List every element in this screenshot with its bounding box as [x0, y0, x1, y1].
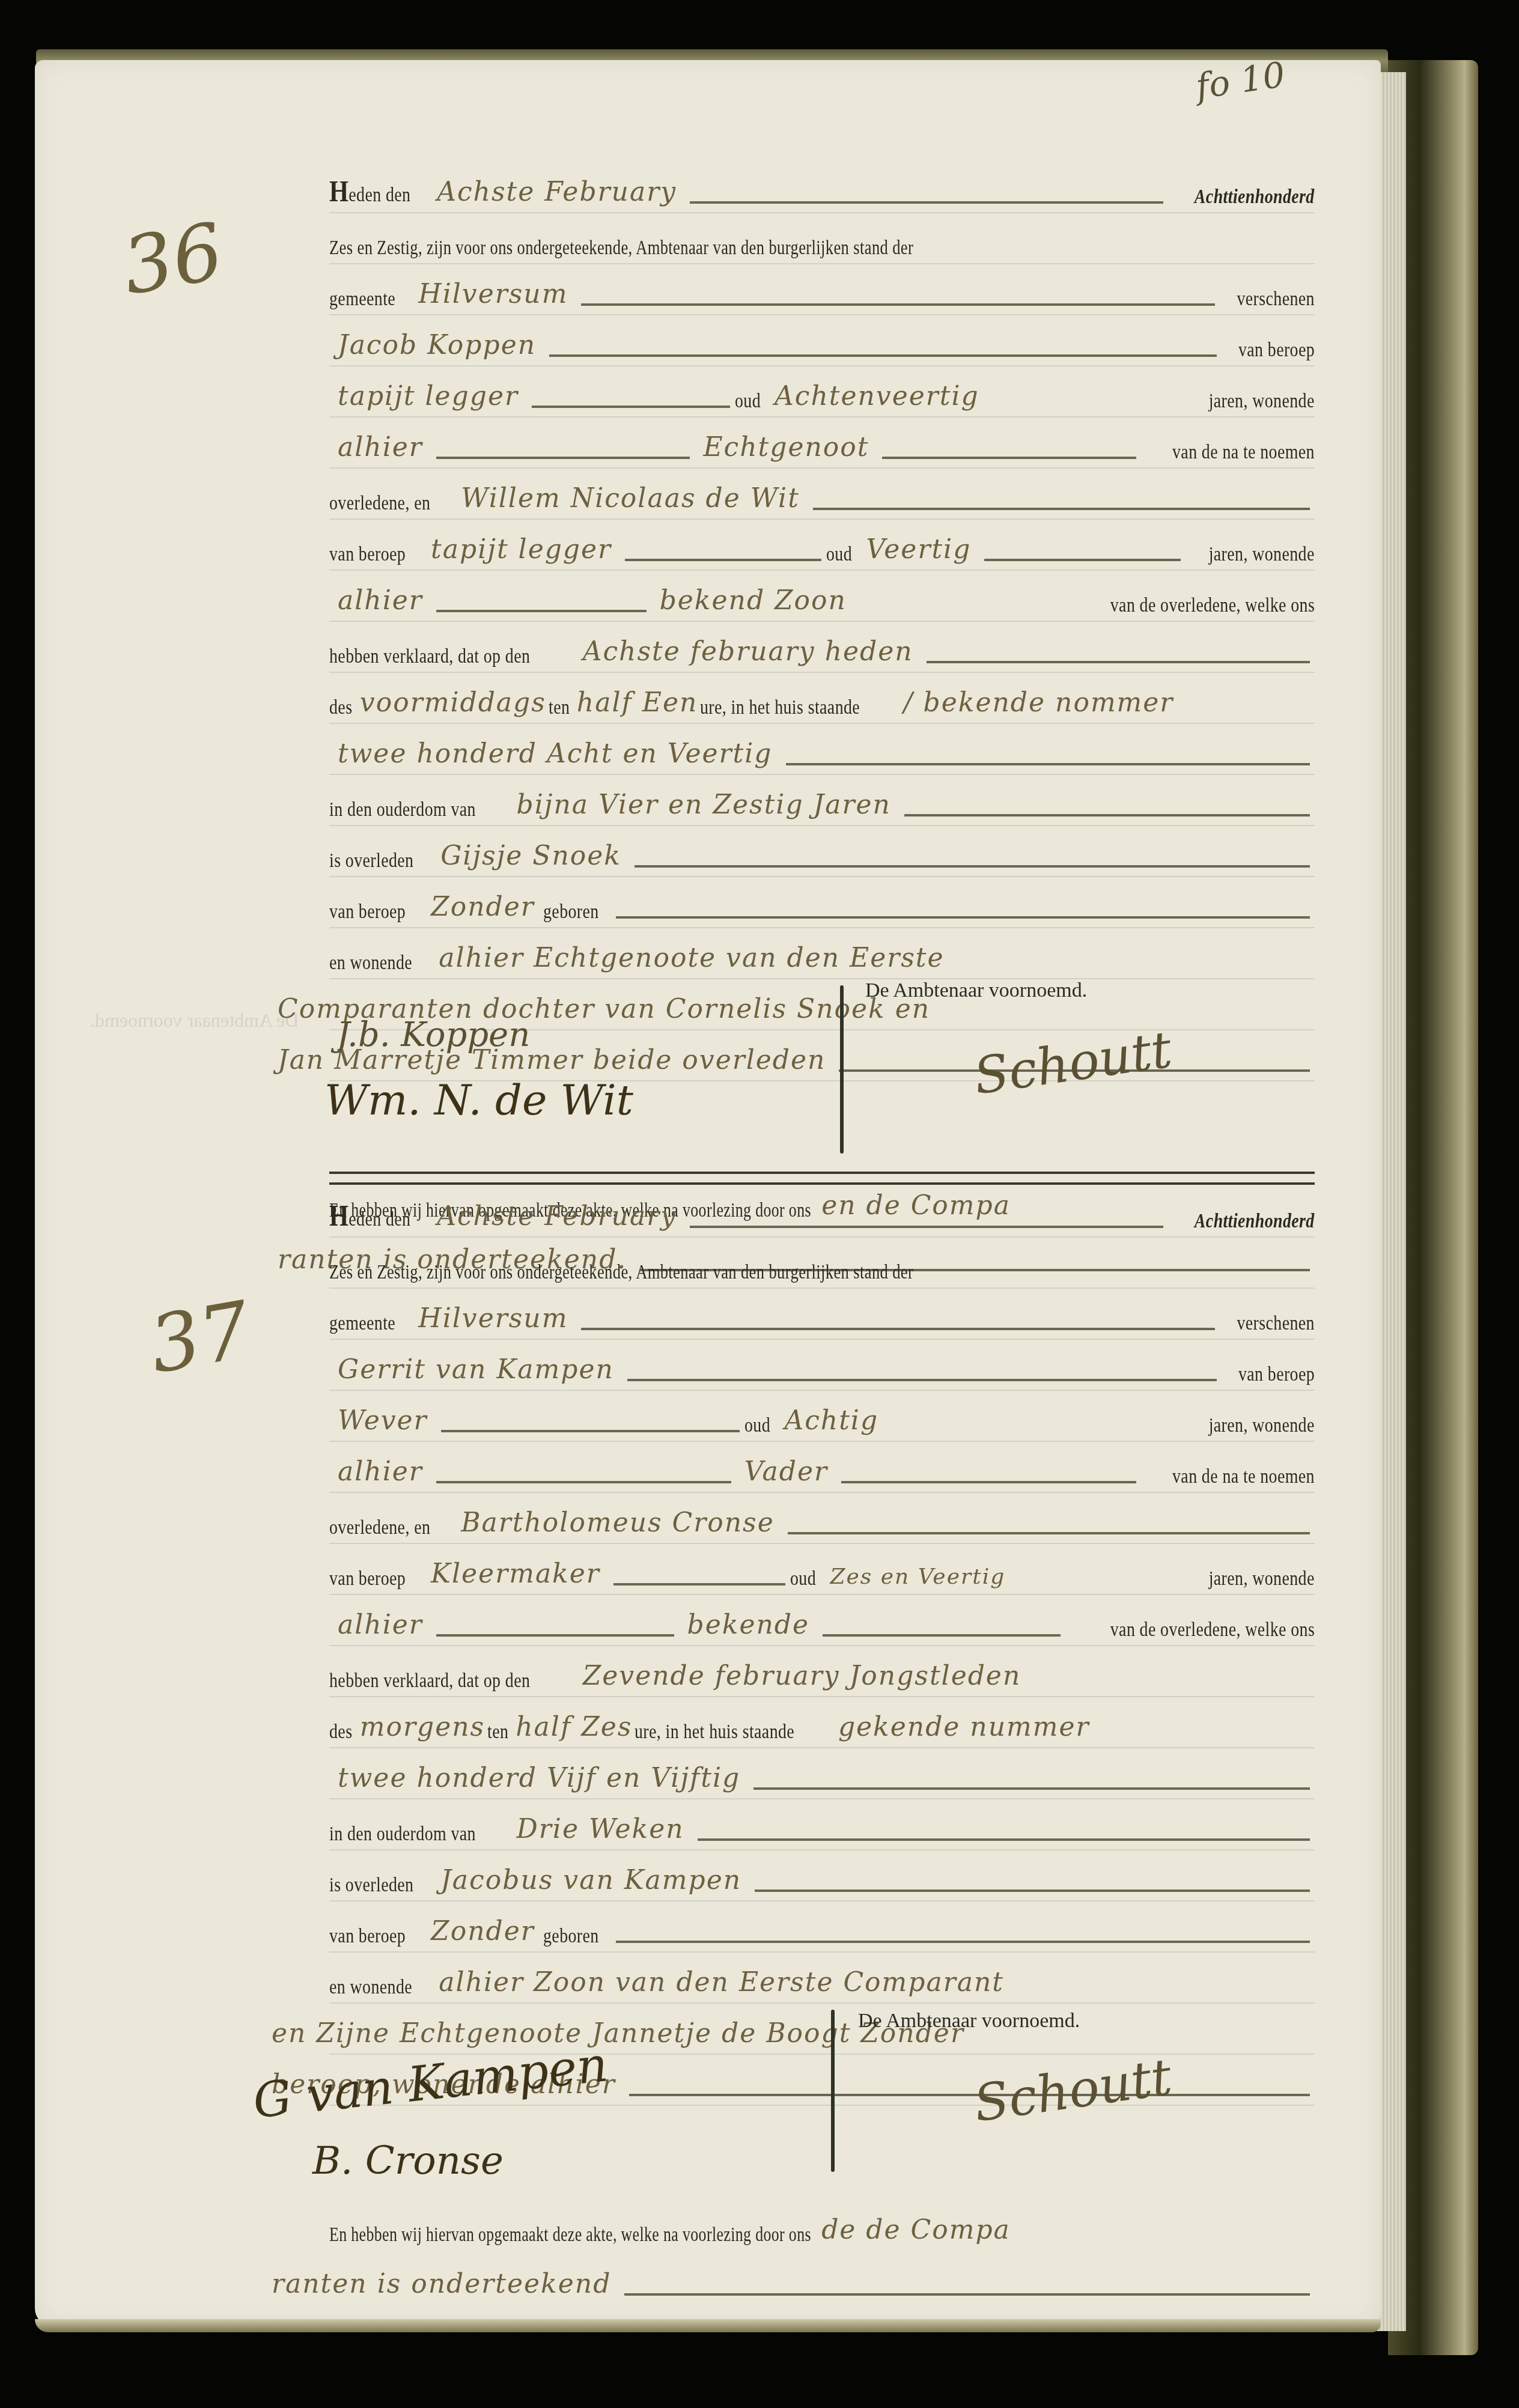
print-heden: eden den: [349, 1208, 410, 1230]
hand-occupation-2: Kleermaker: [422, 1558, 609, 1594]
print-beroep: van beroep: [329, 1567, 406, 1594]
record-line: van beroep Zonder geboren: [329, 877, 1315, 928]
print-des: des: [329, 1721, 352, 1747]
bleed-through-text: De Ambtenaar voornoemd.: [90, 1009, 299, 1032]
hand-date: Achste February: [428, 177, 685, 212]
record-line: Heden den Achste February Achttienhonder…: [329, 1187, 1315, 1238]
hand-declarant-1: Jacob Koppen: [329, 330, 544, 365]
hand-municipality: Hilversum: [410, 1303, 576, 1339]
print-na-te-noemen: van de na te noemen: [1172, 1465, 1315, 1492]
hand-remarks-1: alhier Zoon van den Eerste Comparant: [430, 1967, 1012, 2002]
record-line: gemeente Hilversum verschenen: [329, 1289, 1315, 1340]
hand-declarant-2: Willem Nicolaas de Wit: [452, 483, 808, 518]
record-line: van beroep tapijt legger oud Veertig jar…: [329, 520, 1315, 571]
record-line: Heden den Achste February Achttienhonder…: [329, 162, 1315, 213]
hand-time-of-day: morgens: [358, 1712, 487, 1747]
hand-hour: half Een: [574, 687, 700, 723]
print-gemeente: gemeente: [329, 288, 395, 314]
record-line: en wonende alhier Zoon van den Eerste Co…: [329, 1953, 1315, 2004]
print-geboren: geboren: [543, 901, 599, 927]
closing-line: ranten is onderteekend: [329, 2250, 1315, 2304]
record-line: Jacob Koppen van beroep: [329, 315, 1315, 366]
record-line: des morgens ten half Zes ure, in het hui…: [329, 1697, 1315, 1748]
hand-declarant-2: Bartholomeus Cronse: [452, 1507, 782, 1543]
record-line: des voormiddags ten half Een ure, in het…: [329, 673, 1315, 724]
record-line: hebben verklaard, dat op den Achste febr…: [329, 622, 1315, 673]
print-oud: oud: [790, 1567, 816, 1594]
record-line: alhier Echtgenoot van de na te noemen: [329, 418, 1315, 469]
hand-declarant-1: Gerrit van Kampen: [329, 1354, 623, 1390]
hand-deceased-age: bijna Vier en Zestig Jaren: [508, 789, 900, 825]
print-huis-staande: ure, in het huis staande: [700, 696, 860, 723]
hand-occupation-1: tapijt legger: [329, 381, 527, 416]
print-verklaard: hebben verklaard, dat op den: [329, 645, 530, 672]
officer-label: De Ambtenaar voornoemd.: [858, 2010, 1080, 2033]
hand-deceased-age: Drie Weken: [508, 1814, 693, 1849]
hand-residence-2: alhier: [329, 585, 431, 621]
page-bottom-edge: [35, 2319, 1381, 2332]
print-verschenen: verschenen: [1237, 288, 1315, 314]
hand-deceased-name: Jacobus van Kampen: [432, 1865, 750, 1900]
officer-label: De Ambtenaar voornoemd.: [865, 979, 1087, 1002]
hand-death-date: Achste february heden: [574, 636, 922, 672]
print-jaren: jaren, wonende: [1209, 1414, 1315, 1441]
hand-remarks-1: alhier Echtgenoote van den Eerste: [430, 943, 952, 978]
hand-deceased-occupation: Zonder: [422, 892, 543, 927]
print-en-wonende: en wonende: [329, 952, 412, 978]
print-oud: oud: [826, 543, 852, 570]
hand-residence-1: alhier: [329, 432, 431, 467]
hand-municipality: Hilversum: [410, 279, 576, 314]
closing-line: En hebben wij hiervan opgemaakt deze akt…: [329, 2196, 1315, 2250]
signature-brace: [840, 985, 844, 1154]
print-verklaard: hebben verklaard, dat op den: [329, 1670, 530, 1696]
record-line: Zes en Zestig, zijn voor ons ondergeteek…: [329, 213, 1315, 264]
record-line: Zes en Zestig, zijn voor ons ondergeteek…: [329, 1238, 1315, 1289]
record-line: in den ouderdom van bijna Vier en Zestig…: [329, 775, 1315, 826]
hand-house-number: gekende nummer: [830, 1712, 1098, 1747]
print-ten: ten: [487, 1721, 508, 1747]
record-line: overledene, en Bartholomeus Cronse: [329, 1493, 1315, 1544]
print-beroep: van beroep: [329, 1925, 406, 1951]
signature-brace: [831, 2010, 835, 2172]
print-jaren: jaren, wonende: [1209, 543, 1315, 570]
hand-age-2: Veertig: [858, 534, 980, 570]
print-beroep: van beroep: [1238, 1363, 1315, 1390]
print-ouderdom: in den ouderdom van: [329, 1823, 476, 1849]
hand-residence-2: alhier: [329, 1610, 431, 1645]
record-line: Wever oud Achtig jaren, wonende: [329, 1391, 1315, 1442]
record-line: van beroep Kleermaker oud Zes en Veertig…: [329, 1544, 1315, 1595]
hand-relation-2: bekend Zoon: [651, 585, 855, 621]
hand-time-of-day: voormiddags: [358, 687, 549, 723]
print-is-overleden: is overleden: [329, 850, 413, 876]
hand-occupation-2: tapijt legger: [422, 534, 620, 570]
print-oud: oud: [744, 1414, 770, 1441]
print-verschenen: verschenen: [1237, 1312, 1315, 1339]
print-na-te-noemen: van de na te noemen: [1172, 441, 1315, 467]
hand-deceased-occupation: Zonder: [422, 1916, 543, 1951]
print-welke-ons: van de overledene, welke ons: [1110, 594, 1315, 621]
print-welke-ons: van de overledene, welke ons: [1110, 1619, 1315, 1645]
record-line: twee honderd Acht en Veertig: [329, 724, 1315, 775]
hand-closing-2: ranten is onderteekend: [263, 2269, 619, 2304]
print-overledene-en: overledene, en: [329, 492, 430, 518]
record-line: alhier bekend Zoon van de overledene, we…: [329, 571, 1315, 622]
print-jaren: jaren, wonende: [1209, 390, 1315, 416]
record-line: is overleden Jacobus van Kampen: [329, 1850, 1315, 1902]
record-line: gemeente Hilversum verschenen: [329, 264, 1315, 315]
record-line: Gerrit van Kampen van beroep: [329, 1340, 1315, 1391]
record-line: van beroep Zonder geboren: [329, 1902, 1315, 1953]
record-line: en wonende alhier Echtgenoote van den Ee…: [329, 928, 1315, 979]
print-year: Achttienhonderd: [1195, 1210, 1315, 1236]
witness-signature-1: J.b. Koppen: [336, 1015, 530, 1054]
hand-occupation-1: Wever: [329, 1405, 436, 1441]
act-number: 36: [116, 205, 230, 312]
print-beroep: van beroep: [1238, 339, 1315, 365]
print-closing: En hebben wij hiervan opgemaakt deze akt…: [329, 2224, 811, 2250]
hand-house-number-cont: twee honderd Vijf en Vijftig: [329, 1763, 749, 1798]
print-formula: Zes en Zestig, zijn voor ons ondergeteek…: [329, 237, 913, 263]
print-beroep: van beroep: [329, 901, 406, 927]
print-is-overleden: is overleden: [329, 1874, 413, 1900]
act-divider: [329, 1172, 1315, 1185]
record-line: is overleden Gijsje Snoek: [329, 826, 1315, 877]
print-oud: oud: [735, 390, 761, 416]
record-line: alhier bekende van de overledene, welke …: [329, 1595, 1315, 1646]
hand-relation-1: Echtgenoot: [695, 432, 877, 467]
hand-date: Achste February: [428, 1201, 685, 1236]
hand-death-date: Zevende february Jongstleden: [574, 1661, 1030, 1696]
hand-house-number-cont: twee honderd Acht en Veertig: [329, 738, 781, 774]
hand-hour: half Zes: [513, 1712, 635, 1747]
hand-deceased-name: Gijsje Snoek: [432, 841, 630, 876]
record-line: overledene, en Willem Nicolaas de Wit: [329, 469, 1315, 520]
print-jaren: jaren, wonende: [1209, 1567, 1315, 1594]
print-beroep: van beroep: [329, 543, 406, 570]
record-line: twee honderd Vijf en Vijftig: [329, 1748, 1315, 1799]
record-line: in den ouderdom van Drie Weken: [329, 1799, 1315, 1850]
hand-age-1: Achtig: [776, 1405, 887, 1441]
hand-age-2: Zes en Veertig: [821, 1564, 1014, 1594]
witness-signature-2: B. Cronse: [312, 2139, 504, 2183]
print-gemeente: gemeente: [329, 1312, 395, 1339]
record-line: tapijt legger oud Achtenveertig jaren, w…: [329, 366, 1315, 418]
hand-residence-1: alhier: [329, 1456, 431, 1492]
print-ten: ten: [549, 696, 570, 723]
record-line: alhier Vader van de na te noemen: [329, 1442, 1315, 1493]
print-en-wonende: en wonende: [329, 1976, 412, 2002]
hand-relation-2: bekende: [679, 1610, 818, 1645]
print-des: des: [329, 696, 352, 723]
act-number: 37: [143, 1284, 257, 1391]
print-year: Achttienhonderd: [1195, 186, 1315, 212]
print-huis-staande: ure, in het huis staande: [635, 1721, 794, 1747]
act-37: Heden den Achste February Achttienhonder…: [329, 1187, 1315, 2304]
print-geboren: geboren: [543, 1925, 599, 1951]
record-line: hebben verklaard, dat op den Zevende feb…: [329, 1646, 1315, 1697]
witness-signature-2: Wm. N. de Wit: [324, 1075, 633, 1125]
print-formula: Zes en Zestig, zijn voor ons ondergeteek…: [329, 1261, 913, 1288]
print-heden: eden den: [349, 184, 410, 206]
hand-relation-1: Vader: [736, 1456, 836, 1492]
hand-closing-1: de de Compa: [813, 2215, 1019, 2250]
hand-age-1: Achtenveertig: [766, 381, 988, 416]
print-ouderdom: in den ouderdom van: [329, 798, 476, 825]
hand-house-number: / bekende nommer: [895, 687, 1183, 723]
print-overledene-en: overledene, en: [329, 1516, 430, 1543]
